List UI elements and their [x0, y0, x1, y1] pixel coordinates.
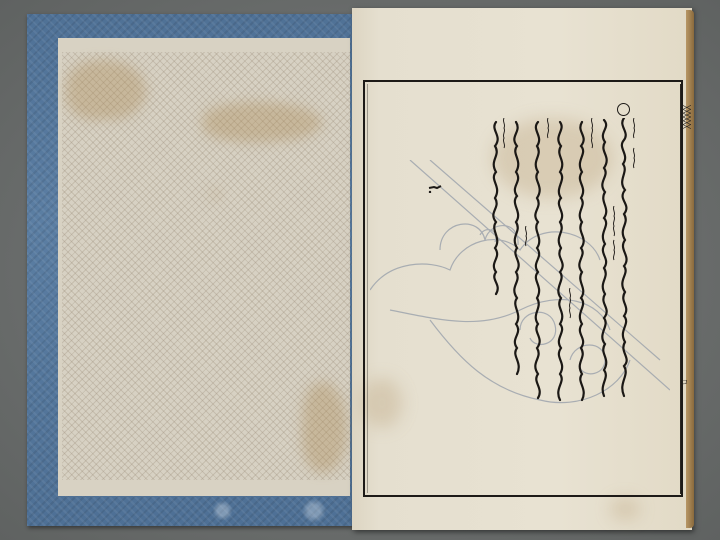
frame-inner-rule	[367, 84, 368, 493]
margin-title-marks: ╳╳╳╳╳╳	[679, 105, 691, 190]
patterned-endpaper	[62, 52, 350, 480]
furigana-gloss	[545, 118, 551, 148]
furigana-gloss	[631, 118, 637, 178]
text-column	[507, 118, 525, 403]
water-stain	[202, 102, 322, 142]
water-stain	[212, 190, 220, 198]
water-stain	[66, 60, 146, 120]
furigana-gloss	[567, 288, 573, 328]
page-edge	[686, 10, 694, 528]
water-stain	[302, 382, 347, 472]
furigana-gloss	[523, 226, 529, 251]
paper-stain	[610, 498, 640, 520]
text-column	[551, 118, 569, 448]
furigana-gloss	[501, 118, 507, 158]
furigana-gloss	[611, 206, 617, 261]
margin-folio-marks: ロ	[680, 378, 690, 400]
text-column	[529, 118, 547, 448]
ink-blot	[428, 185, 442, 193]
text-column	[595, 118, 613, 448]
furigana-gloss	[589, 118, 595, 158]
text-column	[573, 118, 591, 448]
circle-marker	[617, 103, 630, 116]
text-columns	[495, 118, 635, 448]
